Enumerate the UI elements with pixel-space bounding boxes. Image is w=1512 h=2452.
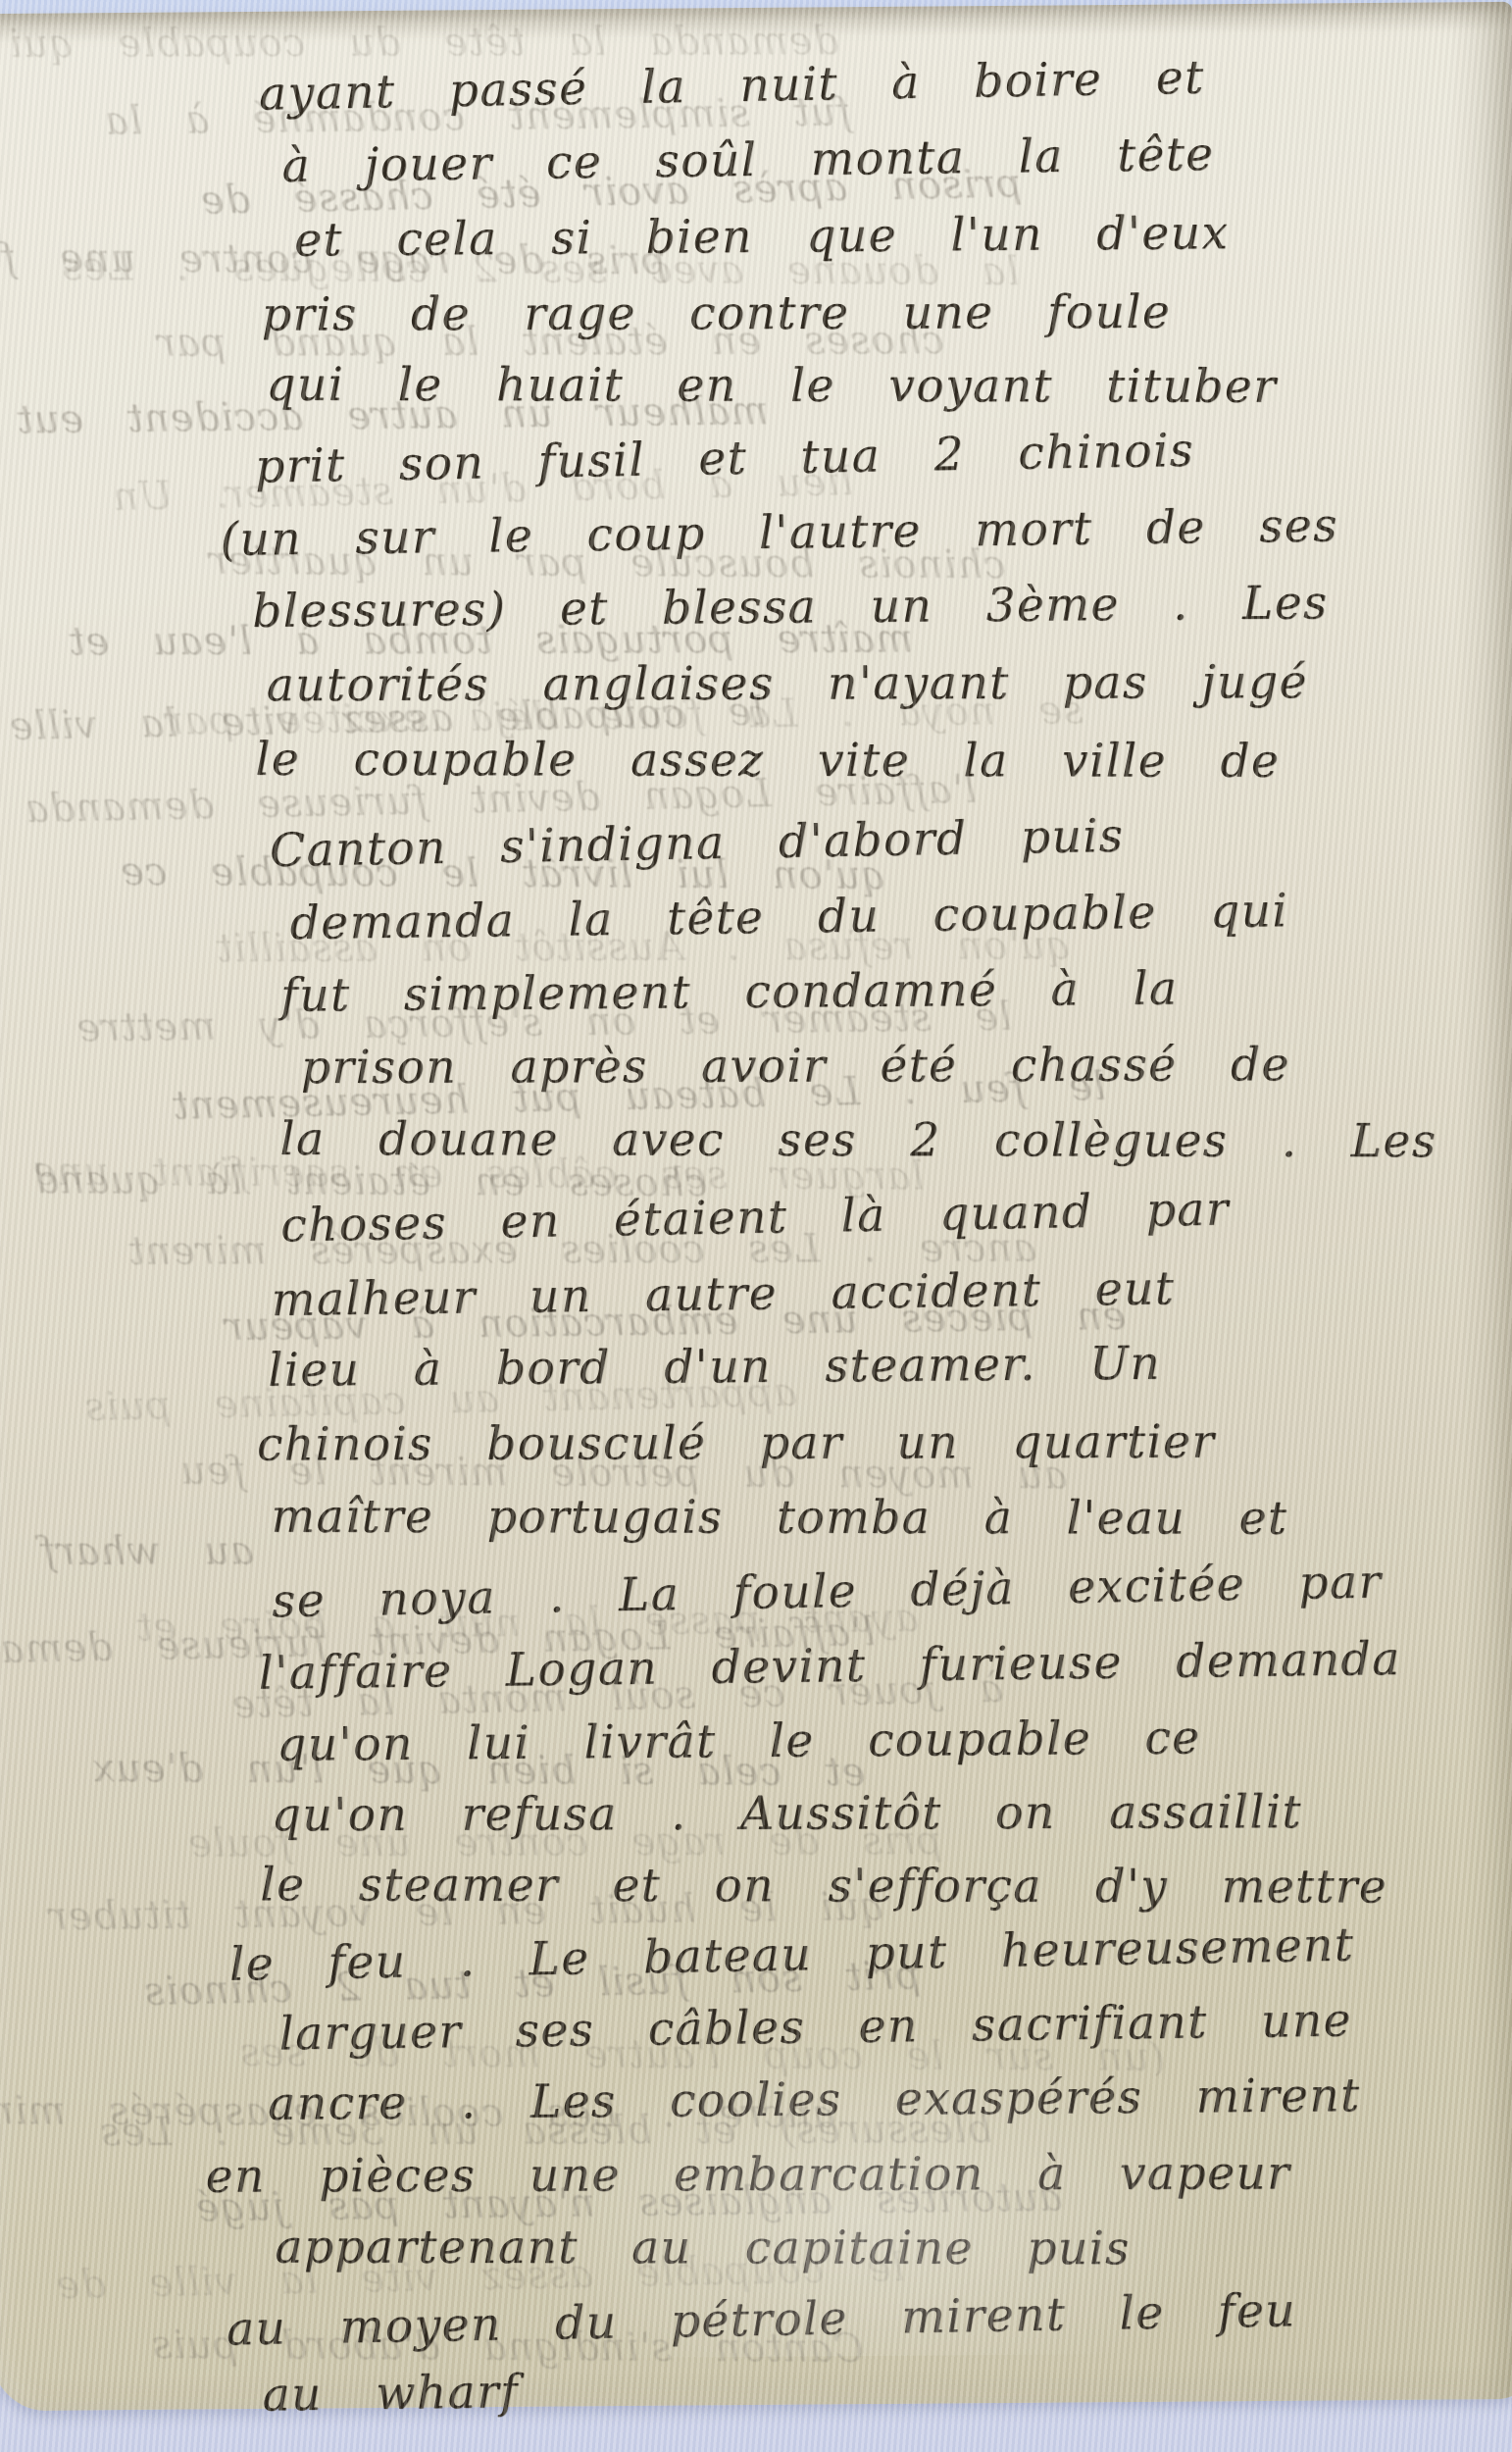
manuscript-line-26: le feu . Le bateau put heureusement bbox=[229, 1918, 1355, 1992]
manuscript-line-3: et cela si bien que l'un d'eux bbox=[294, 206, 1230, 267]
manuscript-line-25: le steamer et on s'efforça d'y mettre bbox=[260, 1858, 1387, 1914]
photo-backdrop: demanda la tête du coupable quifut simpl… bbox=[0, 0, 1512, 2452]
manuscript-line-9: autorités anglaises n'ayant pas jugé bbox=[267, 655, 1308, 712]
manuscript-line-17: malheur un autre accident eut bbox=[271, 1261, 1175, 1327]
manuscript-line-4: pris de rage contre une foule bbox=[262, 285, 1172, 342]
manuscript-line-15: la douane avec ses 2 collègues . Les bbox=[279, 1112, 1436, 1168]
manuscript-line-7: (un sur le coup l'autre mort de ses bbox=[220, 498, 1338, 567]
manuscript-line-5: qui le huait en le voyant tituber bbox=[266, 358, 1277, 414]
manuscript-line-24: qu'on refusa . Aussitôt on assaillit bbox=[272, 1785, 1302, 1842]
manuscript-line-11: Canton s'indigna d'abord puis bbox=[270, 809, 1125, 878]
manuscript-line-16: choses en étaient là quand par bbox=[280, 1182, 1231, 1252]
manuscript-line-2: à jouer ce soûl monta la tête bbox=[281, 128, 1215, 193]
manuscript-page: demanda la tête du coupable quifut simpl… bbox=[0, 2, 1512, 2411]
manuscript-line-19: chinois bousculé par un quartier bbox=[257, 1415, 1216, 1472]
manuscript-line-23: qu'on lui livrât le coupable ce bbox=[277, 1711, 1201, 1771]
manuscript-line-18: lieu à bord d'un steamer. Un bbox=[268, 1337, 1161, 1398]
manuscript-line-10: le coupable assez vite la ville de bbox=[255, 733, 1280, 789]
manuscript-line-20: maître portugais tomba à l'eau et bbox=[271, 1490, 1287, 1546]
manuscript-line-6: prit son fusil et tua 2 chinois bbox=[255, 424, 1195, 494]
manuscript-line-12: demanda la tête du coupable qui bbox=[289, 884, 1288, 950]
manuscript-line-21: se noya . La foule déjà excitée par bbox=[272, 1555, 1383, 1628]
manuscript-line-32: au wharf bbox=[262, 2365, 519, 2422]
paper-sheen bbox=[510, 2018, 1223, 2359]
manuscript-line-22: l'affaire Logan devint furieuse demanda bbox=[258, 1632, 1401, 1701]
manuscript-line-14: prison après avoir été chassé de bbox=[301, 1038, 1290, 1095]
manuscript-line-8: blessures) et blessa un 3ème . Les bbox=[252, 576, 1329, 639]
manuscript-line-13: fut simplement condamné à la bbox=[280, 962, 1179, 1023]
manuscript-line-1: ayant passé la nuit à boire et bbox=[259, 51, 1205, 122]
